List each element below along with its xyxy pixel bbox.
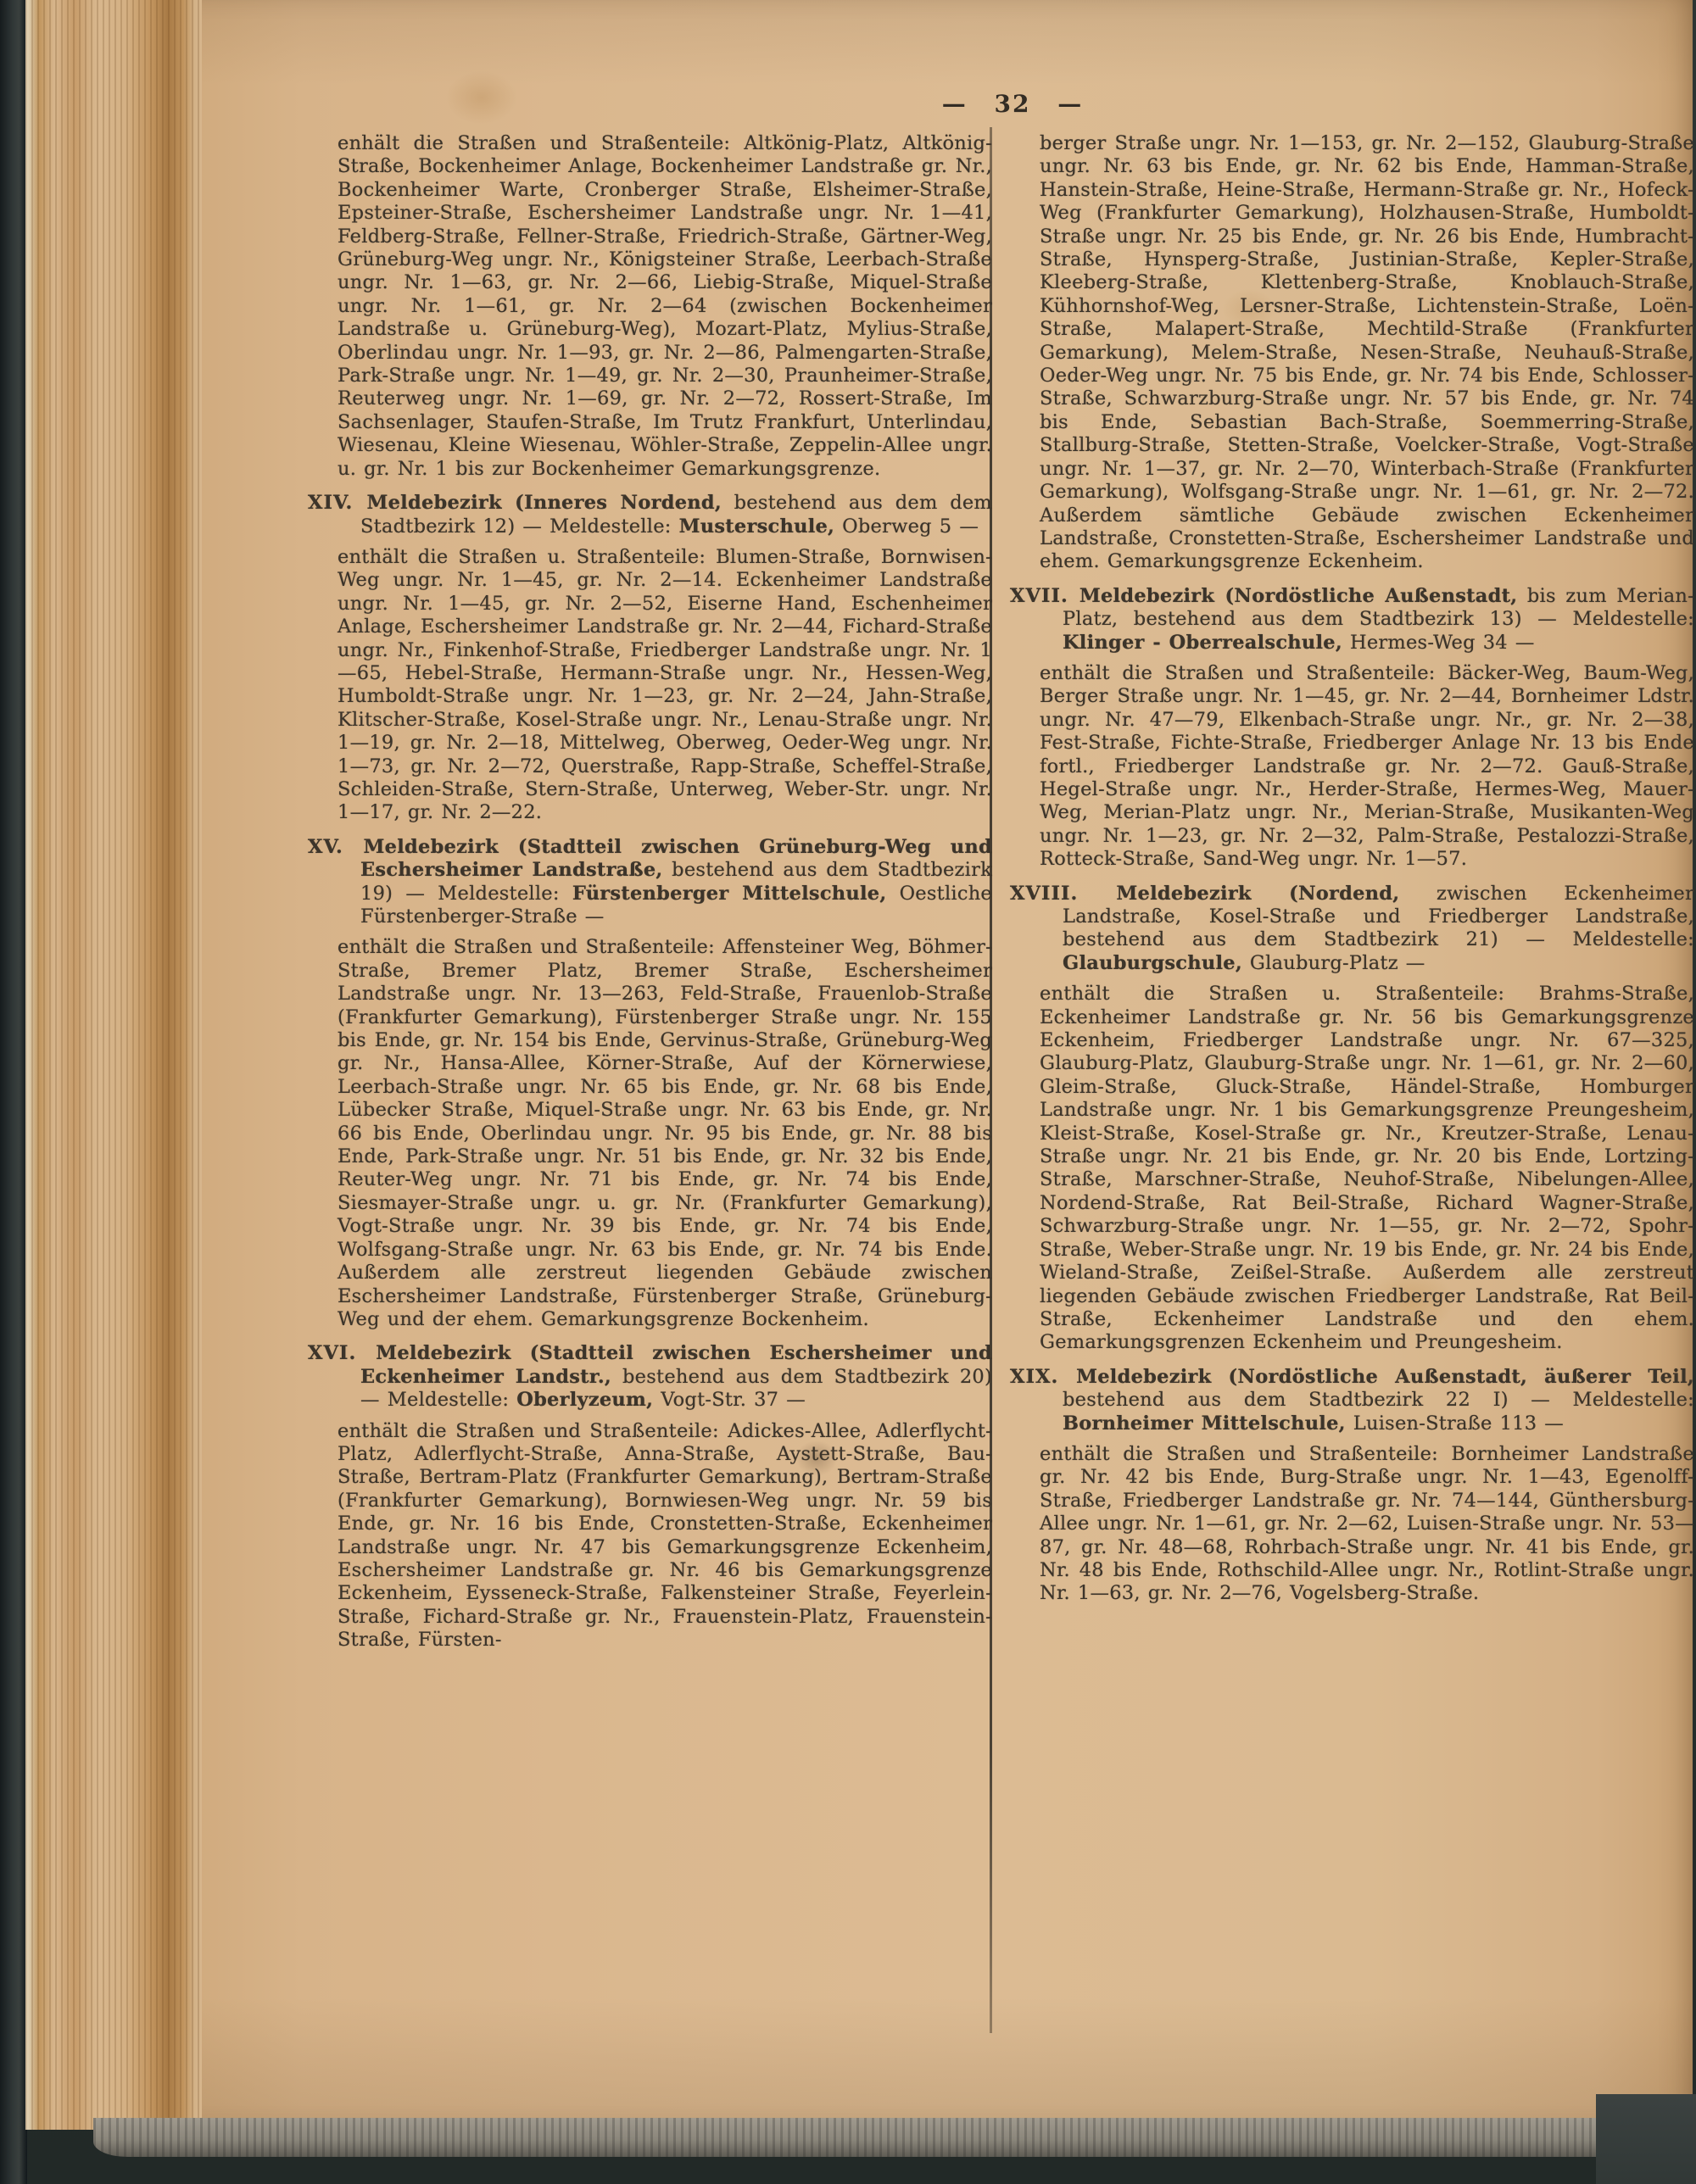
district-heading: XVIII. Meldebezirk (Nordend, zwischen Ec… bbox=[1040, 883, 1694, 976]
street-list-paragraph: enthält die Straßen u. Straßenteile: Blu… bbox=[338, 546, 992, 825]
street-list-paragraph: berger Straße ungr. Nr. 1—153, gr. Nr. 2… bbox=[1040, 132, 1694, 574]
district-numeral: XIV. bbox=[308, 492, 366, 514]
street-list-paragraph: enhält die Straßen und Straßenteile: Alt… bbox=[338, 132, 992, 481]
book-page-edges-left bbox=[25, 0, 202, 2130]
book-cover-corner bbox=[1596, 2094, 1696, 2184]
page-number: — 32 — bbox=[338, 90, 1688, 118]
scanned-book-page: { "page": { "number_display": "— 32 —", … bbox=[0, 0, 1696, 2184]
street-list-paragraph: enthält die Straßen und Straßenteile: Bo… bbox=[1040, 1443, 1694, 1606]
district-numeral: XVI. bbox=[308, 1342, 376, 1364]
district-numeral: XV. bbox=[308, 836, 364, 858]
district-heading: XVI. Meldebezirk (Stadtteil zwischen Esc… bbox=[338, 1342, 992, 1412]
district-heading: XV. Meldebezirk (Stadtteil zwischen Grün… bbox=[338, 836, 992, 929]
district-heading: XIX. Meldebezirk (Nordöstliche Außenstad… bbox=[1040, 1366, 1694, 1435]
book-page-edges-bottom bbox=[93, 2118, 1608, 2157]
district-numeral: XVII. bbox=[1010, 585, 1080, 607]
street-list-paragraph: enthält die Straßen und Straßenteile: Bä… bbox=[1040, 662, 1694, 872]
street-list-paragraph: enthält die Straßen und Straßenteile: Af… bbox=[338, 936, 992, 1331]
street-list-paragraph: enthält die Straßen u. Straßenteile: Bra… bbox=[1040, 983, 1694, 1355]
district-numeral: XIX. bbox=[1010, 1366, 1076, 1388]
district-heading: XIV. Meldebezirk (Inneres Nordend, beste… bbox=[338, 492, 992, 538]
district-numeral: XVIII. bbox=[1010, 883, 1116, 905]
district-heading: XVII. Meldebezirk (Nordöstliche Außensta… bbox=[1040, 585, 1694, 655]
text-column-left: enhält die Straßen und Straßenteile: Alt… bbox=[338, 132, 992, 1658]
book-binding bbox=[0, 0, 27, 2184]
text-column-right: berger Straße ungr. Nr. 1—153, gr. Nr. 2… bbox=[1040, 132, 1694, 1612]
street-list-paragraph: enthält die Straßen und Straßenteile: Ad… bbox=[338, 1420, 992, 1652]
